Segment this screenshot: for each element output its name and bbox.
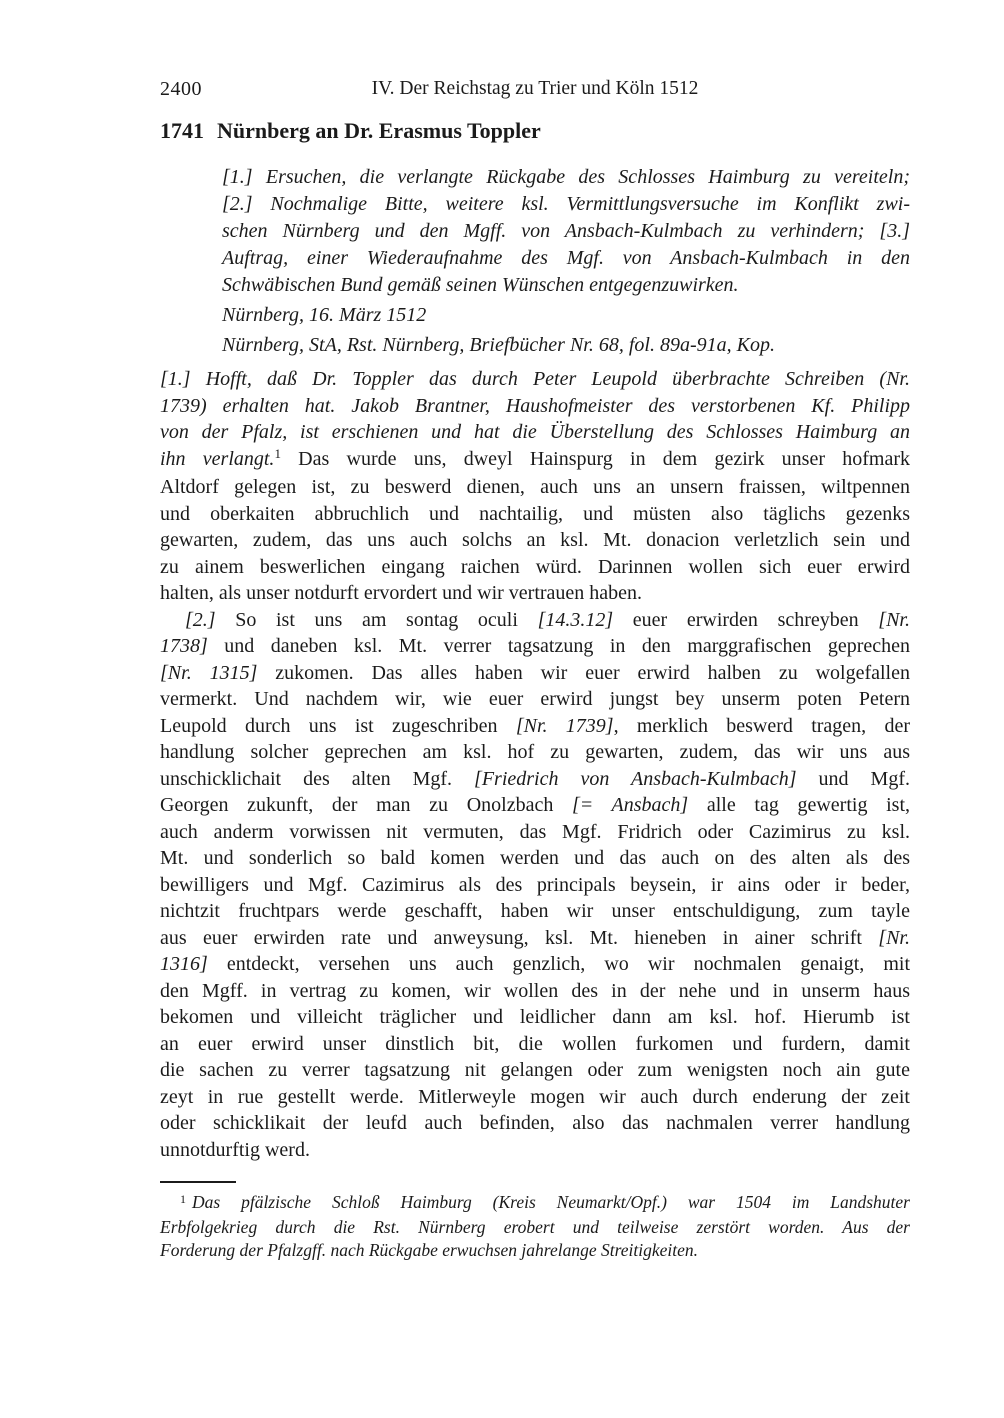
text-line: und oberkaiten abbruchlich und nachtaili…	[160, 501, 910, 528]
date-line: Nürnberg, 16. März 1512	[222, 302, 910, 329]
text-line: Georgen zukunft, der man zu Onolzbach [=…	[160, 792, 910, 819]
text-line: die sachen zu verrer tagsatzung nit gela…	[160, 1057, 910, 1084]
entry-title: Nürnberg an Dr. Erasmus Toppler	[217, 118, 541, 143]
text-line: von der Pfalz, ist erschienen und hat di…	[160, 419, 910, 446]
text-line: Forderung der Pfalzgff. nach Rückgabe er…	[160, 1239, 910, 1262]
body-paragraph-1: [1.] Hofft, daß Dr. Toppler das durch Pe…	[160, 366, 910, 607]
footnote-rule	[160, 1181, 236, 1183]
text-line: ihn verlangt.1 Das wurde uns, dweyl Hain…	[160, 446, 910, 475]
text-line: an euer erwird unser dinstlich bit, die …	[160, 1031, 910, 1058]
text-line: Mt. und sonderlich so bald komen werden …	[160, 845, 910, 872]
page-header: 2400 IV. Der Reichstag zu Trier und Köln…	[160, 76, 910, 102]
letter-body: [1.] Hofft, daß Dr. Toppler das durch Pe…	[160, 366, 910, 1163]
text-line: Schwäbischen Bund gemäß seinen Wünschen …	[222, 272, 910, 299]
footnote: 1Das pfälzische Schloß Haimburg (Kreis N…	[160, 1181, 910, 1262]
entry-summary: [1.] Ersuchen, die verlangte Rückgabe de…	[222, 164, 910, 299]
text-line: handlung solcher geprechen am ksl. hof z…	[160, 739, 910, 766]
text-line: unnotdurftig werd.	[160, 1137, 910, 1164]
running-title: IV. Der Reichstag zu Trier und Köln 1512	[160, 76, 910, 102]
text-line: 1316] entdeckt, versehen uns auch genzli…	[160, 951, 910, 978]
text-line: unschicklichait des alten Mgf. [Friedric…	[160, 766, 910, 793]
text-line: Erbfolgekrieg durch die Rst. Nürnberg er…	[160, 1216, 910, 1239]
entry-heading: 1741Nürnberg an Dr. Erasmus Toppler	[160, 117, 910, 144]
text-line: vermerkt. Und nachdem wir, wie euer erwi…	[160, 686, 910, 713]
text-line: Altdorf gelegen ist, zu beswerd dienen, …	[160, 474, 910, 501]
text-line: [2.] Nochmalige Bitte, weitere ksl. Verm…	[222, 191, 910, 218]
text-line: 1738] und daneben ksl. Mt. verrer tagsat…	[160, 633, 910, 660]
text-line: halten, als unser notdurft ervordert und…	[160, 580, 910, 607]
text-line: gewarten, zudem, das uns auch solchs an …	[160, 527, 910, 554]
body-paragraph-2: [2.] So ist uns am sontag oculi [14.3.12…	[160, 607, 910, 1164]
source-line: Nürnberg, StA, Rst. Nürnberg, Briefbüche…	[222, 332, 910, 359]
text-line: Leupold durch uns ist zugeschriben [Nr. …	[160, 713, 910, 740]
text-line: [1.] Hofft, daß Dr. Toppler das durch Pe…	[160, 366, 910, 393]
text-line: den Mgff. in vertrag zu komen, wir wolle…	[160, 978, 910, 1005]
text-line: oder schicklikait der leufd auch befinde…	[160, 1110, 910, 1137]
page-number: 2400	[160, 76, 202, 102]
book-page: 2400 IV. Der Reichstag zu Trier und Köln…	[0, 0, 1004, 1418]
text-line: [Nr. 1315] zukomen. Das alles haben wir …	[160, 660, 910, 687]
text-line: 1Das pfälzische Schloß Haimburg (Kreis N…	[160, 1191, 910, 1216]
text-line: [1.] Ersuchen, die verlangte Rückgabe de…	[222, 164, 910, 191]
text-line: zu ainem beswerlichen eingang raichen wü…	[160, 554, 910, 581]
text-line: Auftrag, einer Wiederaufnahme des Mgf. v…	[222, 245, 910, 272]
text-line: schen Nürnberg und den Mgff. von Ansbach…	[222, 218, 910, 245]
text-line: bekomen und villeicht träglicher und lei…	[160, 1004, 910, 1031]
text-line: auch anderm vorwissen nit vermuten, das …	[160, 819, 910, 846]
text-line: nichtzit fruchtpars werde geschafft, hab…	[160, 898, 910, 925]
text-line: zeyt in rue gestellt werde. Mitlerweyle …	[160, 1084, 910, 1111]
text-line: aus euer erwirden rate und anweysung, ks…	[160, 925, 910, 952]
entry-number: 1741	[160, 118, 204, 143]
text-line: bewilligers und Mgf. Cazimirus als des p…	[160, 872, 910, 899]
text-line: [2.] So ist uns am sontag oculi [14.3.12…	[160, 607, 910, 634]
footnote-text: 1Das pfälzische Schloß Haimburg (Kreis N…	[160, 1191, 910, 1262]
text-line: 1739) erhalten hat. Jakob Brantner, Haus…	[160, 393, 910, 420]
